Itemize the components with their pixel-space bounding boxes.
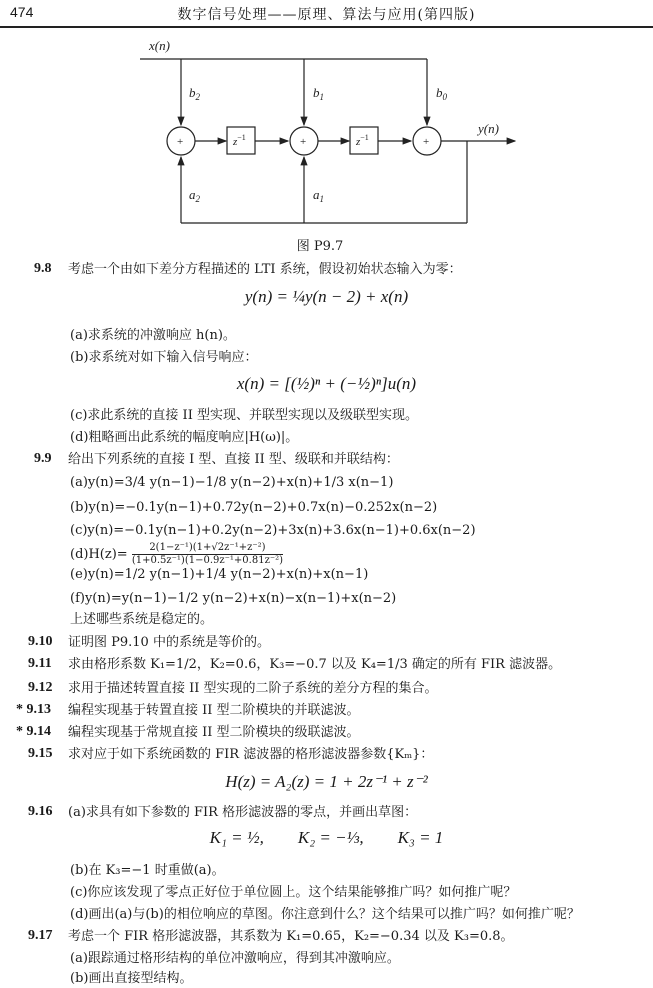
problem-number: 9.16: [28, 804, 53, 820]
subquestion: (c)你应该发现了零点正好位于单位圆上。这个结果能够推广吗？如何推广呢？: [70, 884, 516, 902]
problem-text: 考虑一个由如下差分方程描述的 LTI 系统，假设初始状态输入为零：: [68, 261, 462, 279]
header-rule: [0, 26, 653, 28]
problem-text: 编程实现基于转置直接 II 型二阶模块的并联滤波。: [68, 702, 360, 720]
problem-number: * 9.13: [16, 702, 51, 718]
figure-p9-7: x(n) y(n) b2 b1 b0 a2 a1 z−1 z−1 + + + 图…: [120, 35, 520, 255]
subquestion: (a)y(n)=3/4 y(n−1)−1/8 y(n−2)+x(n)+1/3 x…: [70, 474, 393, 492]
subquestion: (c)求此系统的直接 II 型实现、并联型实现以及级联型实现。: [70, 407, 418, 425]
problem-number: 9.12: [28, 680, 53, 696]
subquestion: (c)y(n)=−0.1y(n−1)+0.2y(n−2)+3x(n)+3.6x(…: [70, 522, 476, 540]
equation: x(n) = [(½)ⁿ + (−½)ⁿ]u(n): [0, 374, 653, 394]
problem-number: 9.9: [34, 451, 52, 467]
running-title: 数字信号处理——原理、算法与应用(第四版): [0, 4, 653, 24]
svg-text:z−1: z−1: [355, 133, 369, 148]
problem-number: 9.15: [28, 746, 53, 762]
input-label: x(n): [148, 38, 170, 53]
problem-number: 9.8: [34, 261, 52, 277]
page-header: 474 数字信号处理——原理、算法与应用(第四版): [0, 0, 653, 30]
subquestion: (a)求具有如下参数的 FIR 格形滤波器的零点，并画出草图：: [68, 804, 417, 822]
svg-text:a2: a2: [189, 187, 201, 204]
equation: K₁ = ½, K₂ = −⅓, K₃ = 1: [0, 828, 653, 848]
output-label: y(n): [476, 121, 499, 136]
subquestion: (b)画出直接型结构。: [70, 970, 192, 988]
problem-number: 9.17: [28, 928, 53, 944]
problem-number: * 9.14: [16, 724, 51, 740]
svg-text:z−1: z−1: [232, 133, 246, 148]
numerator: 2(1−z⁻¹)(1+√2z⁻¹+z⁻²): [132, 542, 283, 555]
problem-text: 求由格形系数 K₁=1/2，K₂=0.6，K₃=−0.7 以及 K₄=1/3 确…: [68, 656, 561, 674]
label: (d)H(z)=: [70, 547, 128, 562]
figure-caption: 图 P9.7: [120, 235, 520, 254]
subquestion: (b)在 K₃=−1 时重做(a)。: [70, 862, 225, 880]
svg-text:+: +: [177, 136, 183, 148]
svg-text:+: +: [423, 136, 429, 148]
subquestion: (e)y(n)=1/2 y(n−1)+1/4 y(n−2)+x(n)+x(n−1…: [70, 566, 368, 584]
problem-text: 求用于描述转置直接 II 型实现的二阶子系统的差分方程的集合。: [68, 680, 438, 698]
svg-text:+: +: [300, 136, 306, 148]
subquestion: (a)求系统的冲激响应 h(n)。: [70, 327, 236, 345]
svg-text:b2: b2: [189, 85, 201, 102]
subquestion: (a)跟踪通过格形结构的单位冲激响应，得到其冲激响应。: [70, 950, 400, 968]
subquestion: (b)求系统对如下输入信号响应：: [70, 349, 257, 367]
svg-text:b1: b1: [313, 85, 324, 102]
problem-text: 给出下列系统的直接 I 型、直接 II 型、级联和并联结构：: [68, 451, 399, 469]
equation: y(n) = ¼y(n − 2) + x(n): [0, 287, 653, 307]
subquestion: (b)y(n)=−0.1y(n−1)+0.72y(n−2)+0.7x(n)−0.…: [70, 499, 437, 517]
problem-number: 9.10: [28, 634, 53, 650]
svg-text:a1: a1: [313, 187, 324, 204]
subquestion: (f)y(n)=y(n−1)−1/2 y(n−2)+x(n)−x(n−1)+x(…: [70, 590, 396, 608]
problem-number: 9.11: [28, 656, 52, 672]
question: 上述哪些系统是稳定的。: [70, 611, 213, 629]
block-diagram: x(n) y(n) b2 b1 b0 a2 a1 z−1 z−1 + + +: [120, 35, 520, 235]
problem-text: 考虑一个 FIR 格形滤波器，其系数为 K₁=0.65，K₂=−0.34 以及 …: [68, 928, 514, 946]
subquestion: (d)H(z)= 2(1−z⁻¹)(1+√2z⁻¹+z⁻²) (1+0.5z⁻¹…: [70, 542, 283, 567]
subquestion: (d)画出(a)与(b)的相位响应的草图。你注意到什么？这个结果可以推广吗？如何…: [70, 906, 580, 924]
problem-text: 求对应于如下系统函数的 FIR 滤波器的格形滤波器参数{Kₘ}：: [68, 746, 433, 764]
svg-text:b0: b0: [436, 85, 448, 102]
subquestion: (d)粗略画出此系统的幅度响应|H(ω)|。: [70, 429, 298, 447]
equation: H(z) = A₂(z) = 1 + 2z⁻¹ + z⁻²: [0, 772, 653, 792]
problem-text: 证明图 P9.10 中的系统是等价的。: [68, 634, 270, 652]
transfer-function: 2(1−z⁻¹)(1+√2z⁻¹+z⁻²) (1+0.5z⁻¹)(1−0.9z⁻…: [132, 542, 283, 567]
problem-text: 编程实现基于常规直接 II 型二阶模块的级联滤波。: [68, 724, 360, 742]
